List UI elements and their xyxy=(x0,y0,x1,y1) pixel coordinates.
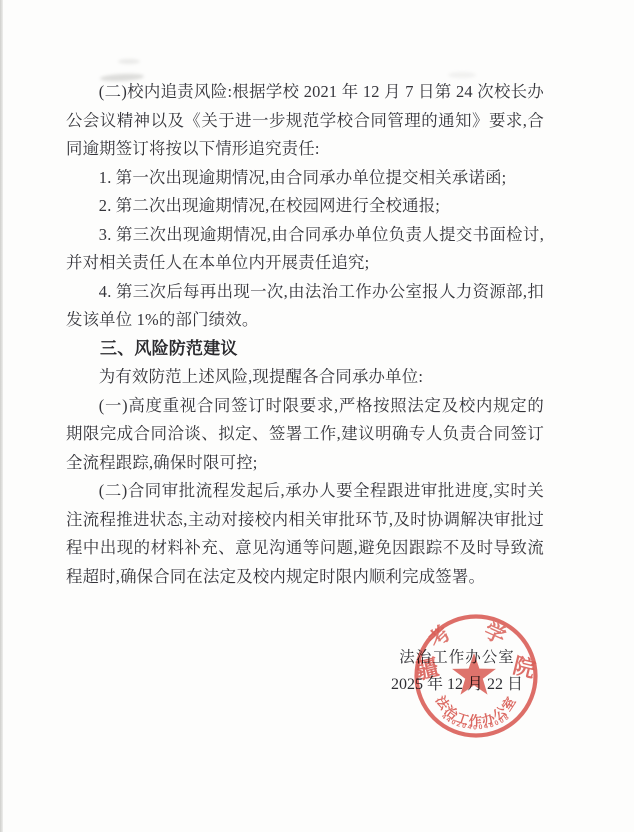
paragraph: 1. 第一次出现逾期情况,由合同承办单位提交相关承诺函; xyxy=(66,164,544,193)
document-body: (二)校内追责风险:根据学校 2021 年 12 月 7 日第 24 次校长办公… xyxy=(66,78,544,591)
paragraph: (二)合同审批流程发起后,承办人要全程跟进审批进度,实时关注流程推进状态,主动对… xyxy=(66,477,544,591)
seal-outer-char: 疆 xyxy=(414,654,441,684)
seal-outer-char: 考 xyxy=(424,621,456,653)
scanned-document-page: (二)校内追责风险:根据学校 2021 年 12 月 7 日第 24 次校长办公… xyxy=(0,0,634,832)
section-heading: 三、风险防范建议 xyxy=(66,335,544,364)
official-seal-stamp: 疆 考 学 院 法治工作办公室 4402040048008 xyxy=(408,608,544,744)
paragraph: 4. 第三次后每再出现一次,由法治工作办公室报人力资源部,扣发该单位 1%的部门… xyxy=(66,278,544,335)
paragraph: 2. 第二次出现逾期情况,在校园网进行全校通报; xyxy=(66,192,544,221)
paragraph: 为有效防范上述风险,现提醒各合同承办单位: xyxy=(66,363,544,392)
scan-smudge xyxy=(118,59,140,64)
paragraph: (二)校内追责风险:根据学校 2021 年 12 月 7 日第 24 次校长办公… xyxy=(66,78,544,164)
paragraph: 3. 第三次出现逾期情况,由合同承办单位负责人提交书面检讨,并对相关责任人在本单… xyxy=(66,221,544,278)
paragraph: (一)高度重视合同签订时限要求,严格按照法定及校内规定的期限完成合同洽谈、拟定、… xyxy=(66,392,544,478)
scan-edge-shadow xyxy=(0,0,3,832)
seal-star-icon xyxy=(452,653,496,695)
